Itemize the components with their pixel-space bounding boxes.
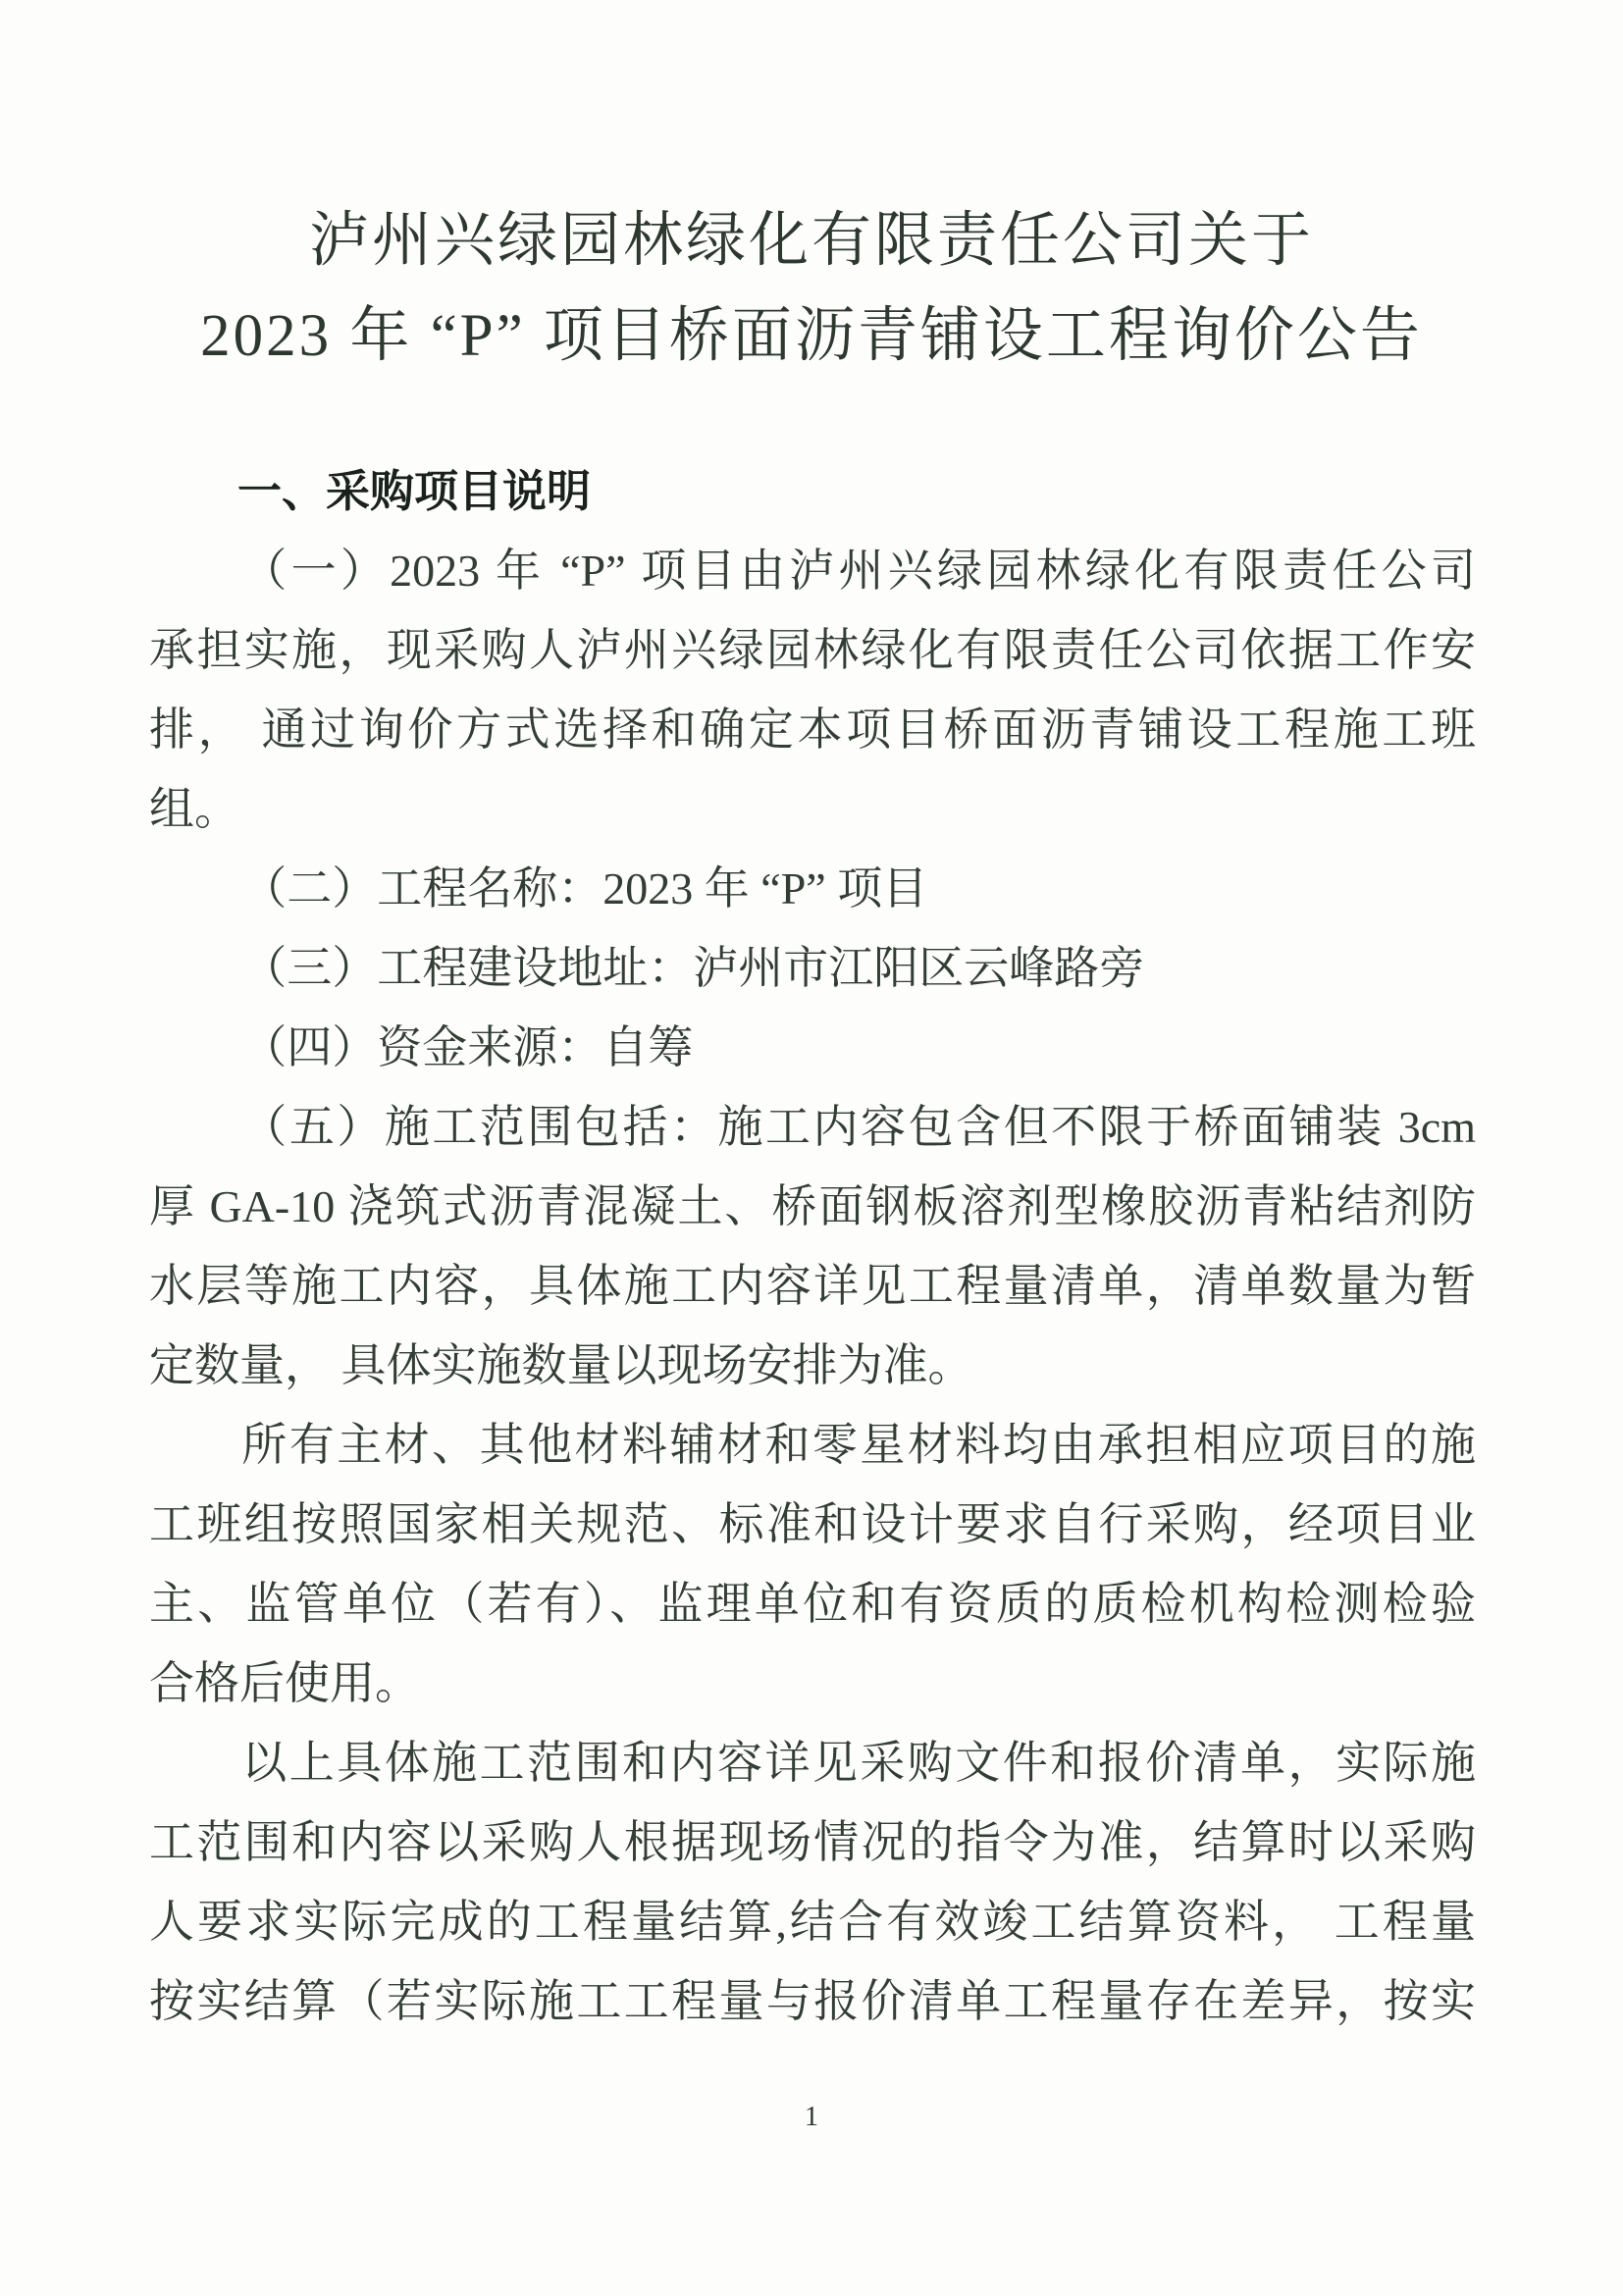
text-line: 主、监管单位（若有）、监理单位和有资质的质检机构检测检验 — [149, 1564, 1476, 1644]
text-line: 以上具体施工范围和内容详见采购文件和报价清单，实际施 — [149, 1723, 1476, 1802]
text-line: （一）2023 年 “P” 项目由泸州兴绿园林绿化有限责任公司 — [149, 531, 1476, 610]
section-heading: 一、采购项目说明 — [149, 451, 1476, 531]
text-line: （五）施工范围包括：施工内容包含但不限于桥面铺装 3cm — [149, 1087, 1476, 1167]
text-line: （四）资金来源：自筹 — [149, 1008, 1476, 1087]
doc-title-line-1: 泸州兴绿园林绿化有限责任公司关于 — [0, 193, 1623, 288]
doc-title-line-2: 2023 年 “P” 项目桥面沥青铺设工程询价公告 — [0, 288, 1623, 384]
text-line: 所有主材、其他材料辅材和零星材料均由承担相应项目的施 — [149, 1405, 1476, 1485]
page-number: 1 — [0, 2098, 1623, 2137]
text-line: 排， 通过询价方式选择和确定本项目桥面沥青铺设工程施工班 — [149, 690, 1476, 769]
text-line: 人要求实际完成的工程量结算,结合有效竣工结算资料， 工程量 — [149, 1882, 1476, 1961]
text-line: 水层等施工内容，具体施工内容详见工程量清单，清单数量为暂 — [149, 1246, 1476, 1326]
text-line: 按实结算（若实际施工工程量与报价清单工程量存在差异，按实 — [149, 1961, 1476, 2041]
text-line: 组。 — [149, 769, 1476, 849]
text-line: 厚 GA-10 浇筑式沥青混凝土、桥面钢板溶剂型橡胶沥青粘结剂防 — [149, 1167, 1476, 1246]
text-line: 工班组按照国家相关规范、标准和设计要求自行采购，经项目业 — [149, 1485, 1476, 1564]
text-line: 定数量， 具体实施数量以现场安排为准。 — [149, 1326, 1476, 1405]
text-line: 合格后使用。 — [149, 1644, 1476, 1723]
document-body: （一）2023 年 “P” 项目由泸州兴绿园林绿化有限责任公司承担实施，现采购人… — [149, 531, 1476, 2041]
document-content: 一、采购项目说明 （一）2023 年 “P” 项目由泸州兴绿园林绿化有限责任公司… — [149, 451, 1476, 2041]
document-title: 泸州兴绿园林绿化有限责任公司关于 2023 年 “P” 项目桥面沥青铺设工程询价… — [0, 0, 1623, 384]
text-line: 工范围和内容以采购人根据现场情况的指令为准，结算时以采购 — [149, 1802, 1476, 1882]
document-page: 泸州兴绿园林绿化有限责任公司关于 2023 年 “P” 项目桥面沥青铺设工程询价… — [0, 0, 1623, 2296]
text-line: （三）工程建设地址：泸州市江阳区云峰路旁 — [149, 928, 1476, 1008]
text-line: 承担实施，现采购人泸州兴绿园林绿化有限责任公司依据工作安 — [149, 610, 1476, 690]
text-line: （二）工程名称：2023 年 “P” 项目 — [149, 849, 1476, 928]
